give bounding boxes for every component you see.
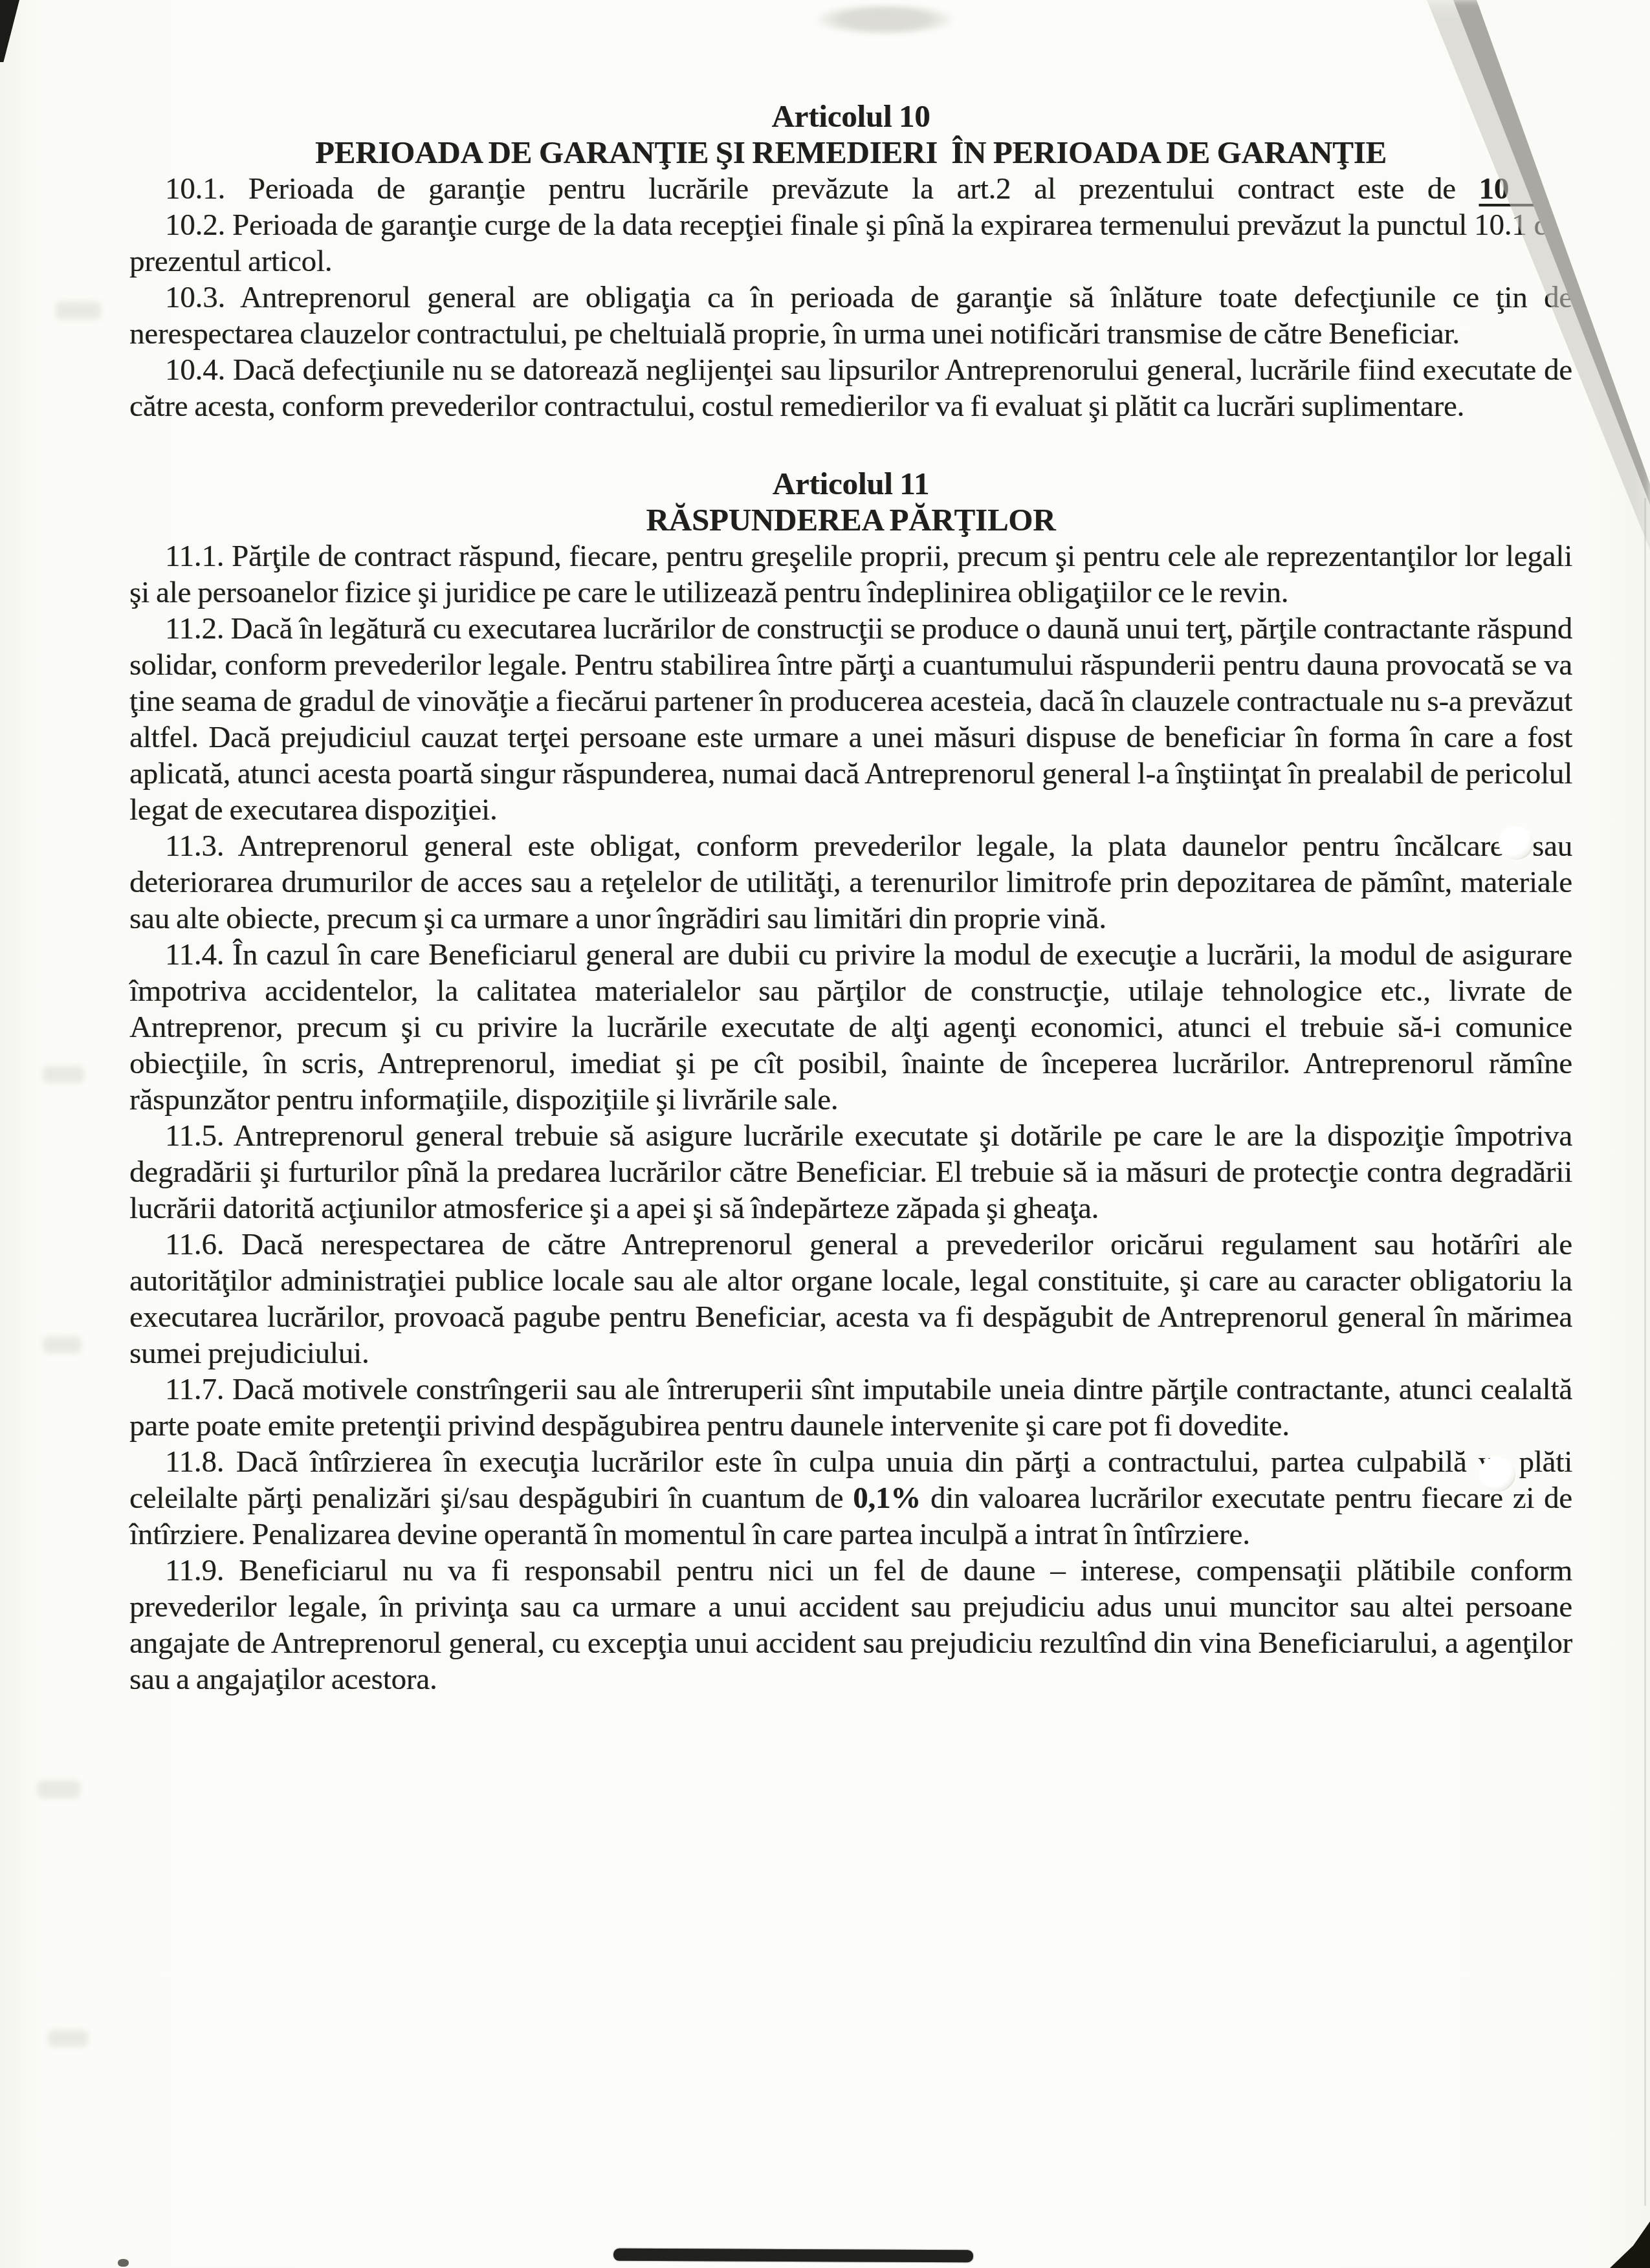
contract-paragraph: 10.4. Dacă defecţiunile nu se datorează …	[129, 352, 1572, 424]
body-text: 10.3. Antreprenorul general are obligaţi…	[129, 281, 1572, 351]
body-text: 11.5. Antreprenorul general trebuie să a…	[129, 1119, 1572, 1225]
scanned-contract-page: Articolul 10 PERIOADA DE GARANŢIE ŞI REM…	[0, 0, 1650, 2268]
article-10-paragraphs: 10.1. Perioada de garanţie pentru lucrăr…	[129, 171, 1572, 424]
body-text: 11.9. Beneficiarul nu va fi responsabil …	[129, 1554, 1572, 1696]
body-text: 11.6. Dacă nerespectarea de către Antrep…	[129, 1228, 1572, 1370]
article-11-paragraphs: 11.1. Părţile de contract răspund, fieca…	[129, 538, 1572, 1697]
whiteout-blob-1	[1499, 826, 1534, 860]
article-11-title: Articolul 11	[129, 466, 1572, 502]
body-text: 11.2. Dacă în legătură cu executarea luc…	[129, 612, 1572, 827]
emphasis-text: 0,1%	[853, 1481, 921, 1515]
body-text: 10.4. Dacă defecţiunile nu se datorează …	[129, 353, 1572, 423]
document-body: Articolul 10 PERIOADA DE GARANŢIE ŞI REM…	[129, 98, 1572, 1697]
article-10: Articolul 10 PERIOADA DE GARANŢIE ŞI REM…	[129, 98, 1572, 424]
scan-smudge-top	[817, 4, 952, 35]
contract-paragraph: 11.3. Antreprenorul general este obligat…	[129, 828, 1572, 937]
article-10-subtitle: PERIOADA DE GARANŢIE ŞI REMEDIERI ÎN PER…	[129, 135, 1572, 171]
body-text: 11.7. Dacă motivele constrîngerii sau al…	[129, 1373, 1572, 1443]
scan-speck-bottom-left	[118, 2259, 129, 2267]
article-11: Articolul 11 RĂSPUNDEREA PĂRŢILOR 11.1. …	[129, 466, 1572, 1697]
contract-paragraph: 10.2. Perioada de garanţie curge de la d…	[129, 207, 1572, 279]
contract-paragraph: 11.2. Dacă în legătură cu executarea luc…	[129, 611, 1572, 828]
contract-paragraph: 11.9. Beneficiarul nu va fi responsabil …	[129, 1553, 1572, 1697]
bleedthrough-mark	[43, 1336, 82, 1353]
contract-paragraph: 11.8. Dacă întîrzierea în execuţia lucră…	[129, 1444, 1572, 1553]
bleedthrough-mark	[48, 2030, 88, 2047]
body-text: 11.4. În cazul în care Beneficiarul gene…	[129, 938, 1572, 1117]
article-10-title: Articolul 10	[129, 98, 1572, 135]
bleedthrough-mark	[56, 301, 101, 320]
scan-corner-mark-bottom-right	[1610, 2221, 1650, 2268]
contract-paragraph: 11.5. Antreprenorul general trebuie să a…	[129, 1118, 1572, 1227]
contract-paragraph: 10.1. Perioada de garanţie pentru lucrăr…	[129, 171, 1572, 207]
body-text: 10.1. Perioada de garanţie pentru lucrăr…	[165, 172, 1479, 206]
article-11-subtitle: RĂSPUNDEREA PĂRŢILOR	[129, 502, 1572, 538]
scan-corner-mark-top-left	[0, 0, 19, 62]
body-text: 11.1. Părţile de contract răspund, fieca…	[129, 540, 1572, 609]
bleedthrough-mark	[43, 1066, 84, 1083]
bleedthrough-mark	[38, 1780, 80, 1798]
body-text: 10.2. Perioada de garanţie curge de la d…	[129, 208, 1572, 278]
contract-paragraph: 11.7. Dacă motivele constrîngerii sau al…	[129, 1371, 1572, 1444]
body-text: 11.3. Antreprenorul general este obligat…	[129, 829, 1572, 935]
contract-paragraph: 10.3. Antreprenorul general are obligaţi…	[129, 279, 1572, 352]
contract-paragraph: 11.6. Dacă nerespectarea de către Antrep…	[129, 1227, 1572, 1371]
contract-paragraph: 11.4. În cazul în care Beneficiarul gene…	[129, 937, 1572, 1118]
whiteout-blob-2	[1479, 1457, 1515, 1492]
scan-bar-artifact	[613, 2249, 973, 2262]
contract-paragraph: 11.1. Părţile de contract răspund, fieca…	[129, 538, 1572, 611]
page-edge-line	[1644, 498, 1646, 2206]
